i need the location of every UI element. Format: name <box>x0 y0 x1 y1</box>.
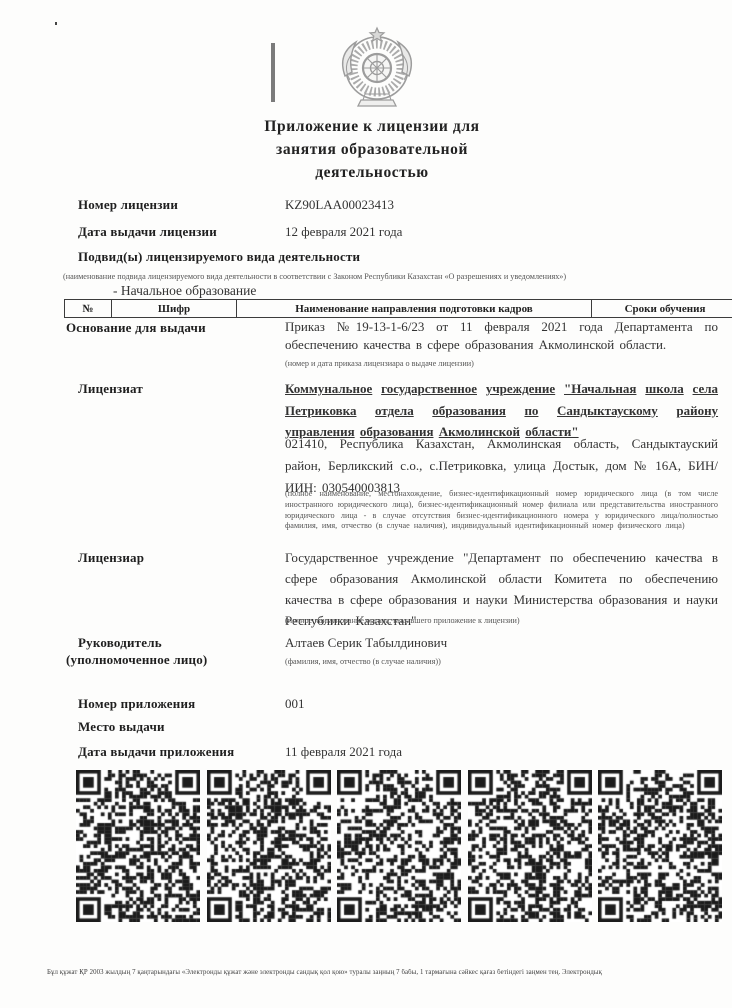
qr-code-1 <box>76 770 200 922</box>
licensee-label: Лицензиат <box>78 381 143 397</box>
license-number-value: KZ90LAA00023413 <box>285 197 394 213</box>
license-number-label: Номер лицензии <box>78 197 178 213</box>
issue-place-label: Место выдачи <box>78 719 165 735</box>
license-issue-date-label: Дата выдачи лицензии <box>78 224 217 240</box>
license-issue-date-value: 12 февраля 2021 года <box>285 224 402 240</box>
title-line-3: деятельностью <box>216 161 528 184</box>
subtype-note: (наименование подвида лицензируемого вид… <box>63 272 723 283</box>
title-line-1: Приложение к лицензии для <box>216 115 528 138</box>
table-header-cipher: Шифр <box>112 300 237 318</box>
training-directions-table: № Шифр Наименование направления подготов… <box>64 299 732 318</box>
basis-label: Основание для выдачи <box>66 320 206 336</box>
appendix-issue-date-value: 11 февраля 2021 года <box>285 744 402 760</box>
head-note: (фамилия, имя, отчество (в случае наличи… <box>285 657 441 668</box>
scan-artifact-mark <box>271 43 275 102</box>
license-appendix-document: Приложение к лицензии для занятия образо… <box>0 0 732 1008</box>
head-label-line2: (уполномоченное лицо) <box>66 652 207 668</box>
table-header-duration: Сроки обучения <box>592 300 732 318</box>
appendix-number-value: 001 <box>285 696 305 712</box>
title-line-2: занятия образовательной <box>216 138 528 161</box>
qr-code-5 <box>598 770 722 922</box>
table-header-row: № Шифр Наименование направления подготов… <box>65 300 732 318</box>
appendix-issue-date-label: Дата выдачи приложения <box>78 744 234 760</box>
table-header-direction: Наименование направления подготовки кадр… <box>237 300 592 318</box>
qr-code-row <box>76 770 722 922</box>
head-value: Алтаев Серик Табылдинович <box>285 635 447 651</box>
scan-speck <box>55 22 57 25</box>
licensee-note: (полное наименование, местонахождение, б… <box>285 489 718 532</box>
basis-value: Приказ №19-13-1-6/23 от 11 февраля 2021 … <box>285 318 718 353</box>
subtype-label: Подвид(ы) лицензируемого вида деятельнос… <box>78 249 360 265</box>
head-label-line1: Руководитель <box>78 635 162 651</box>
appendix-number-label: Номер приложения <box>78 696 195 712</box>
licensor-note: (полное наименование органа, выдавшего п… <box>285 616 520 627</box>
basis-note: (номер и дата приказа лицензиара о выдач… <box>285 359 474 370</box>
qr-code-3 <box>337 770 461 922</box>
qr-code-2 <box>207 770 331 922</box>
kazakhstan-coat-of-arms-icon <box>332 20 422 110</box>
footer-disclaimer: Бұл құжат ҚР 2003 жылдың 7 қаңтарындағы … <box>47 969 732 976</box>
table-header-number: № <box>65 300 112 318</box>
licensor-label: Лицензиар <box>78 550 144 566</box>
document-title: Приложение к лицензии для занятия образо… <box>216 115 528 184</box>
qr-code-4 <box>468 770 592 922</box>
subtype-item: - Начальное образование <box>113 283 256 299</box>
